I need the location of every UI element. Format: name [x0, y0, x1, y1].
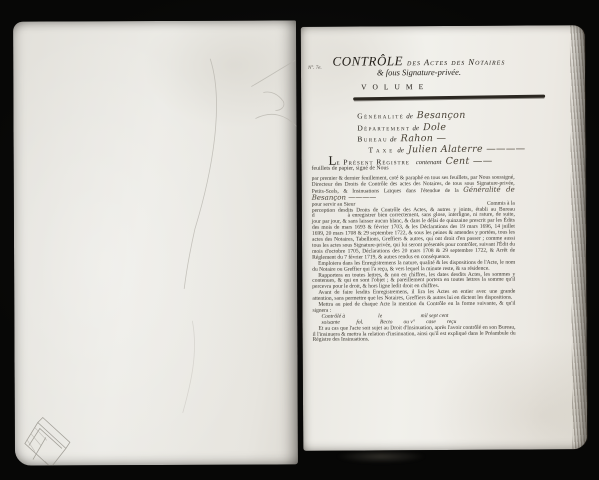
- right-page: N°. 7e. CONTRÔLE des Actes des Notaires …: [301, 25, 588, 451]
- crease-line: [182, 321, 194, 413]
- crease-line: [183, 59, 217, 289]
- page-edge-smudge: [336, 450, 426, 463]
- book-photo: N°. 7e. CONTRÔLE des Actes des Notaires …: [0, 0, 599, 480]
- handwritten-value: Cent ——: [446, 156, 493, 167]
- body-text: par premier & dernier feuillement, coté …: [312, 176, 516, 345]
- title-rest: des Actes des Notaires: [407, 57, 505, 68]
- page-subtitle: & ſous Signature-privée.: [313, 67, 525, 78]
- crease-line: [255, 114, 296, 126]
- paragraph: perception desdits Droits de Contrôle de…: [312, 207, 515, 261]
- left-page-marks: [13, 20, 298, 465]
- page-fore-edge: [570, 25, 589, 449]
- volume-label: VOLUME: [361, 82, 429, 91]
- horizontal-rule: [353, 95, 545, 101]
- pencil-doodle: [25, 417, 70, 465]
- registre-contenant: contenant: [416, 159, 442, 166]
- left-page: [13, 20, 298, 465]
- paragraph: Et au cas que l'acte soit sujet au Droit…: [313, 325, 516, 344]
- paragraph: par premier & dernier feuillement, coté …: [312, 176, 515, 203]
- crease-line: [251, 60, 295, 86]
- registre-suite: feuillets de papier, signé de Nous: [312, 165, 389, 171]
- crease-line: [263, 92, 284, 111]
